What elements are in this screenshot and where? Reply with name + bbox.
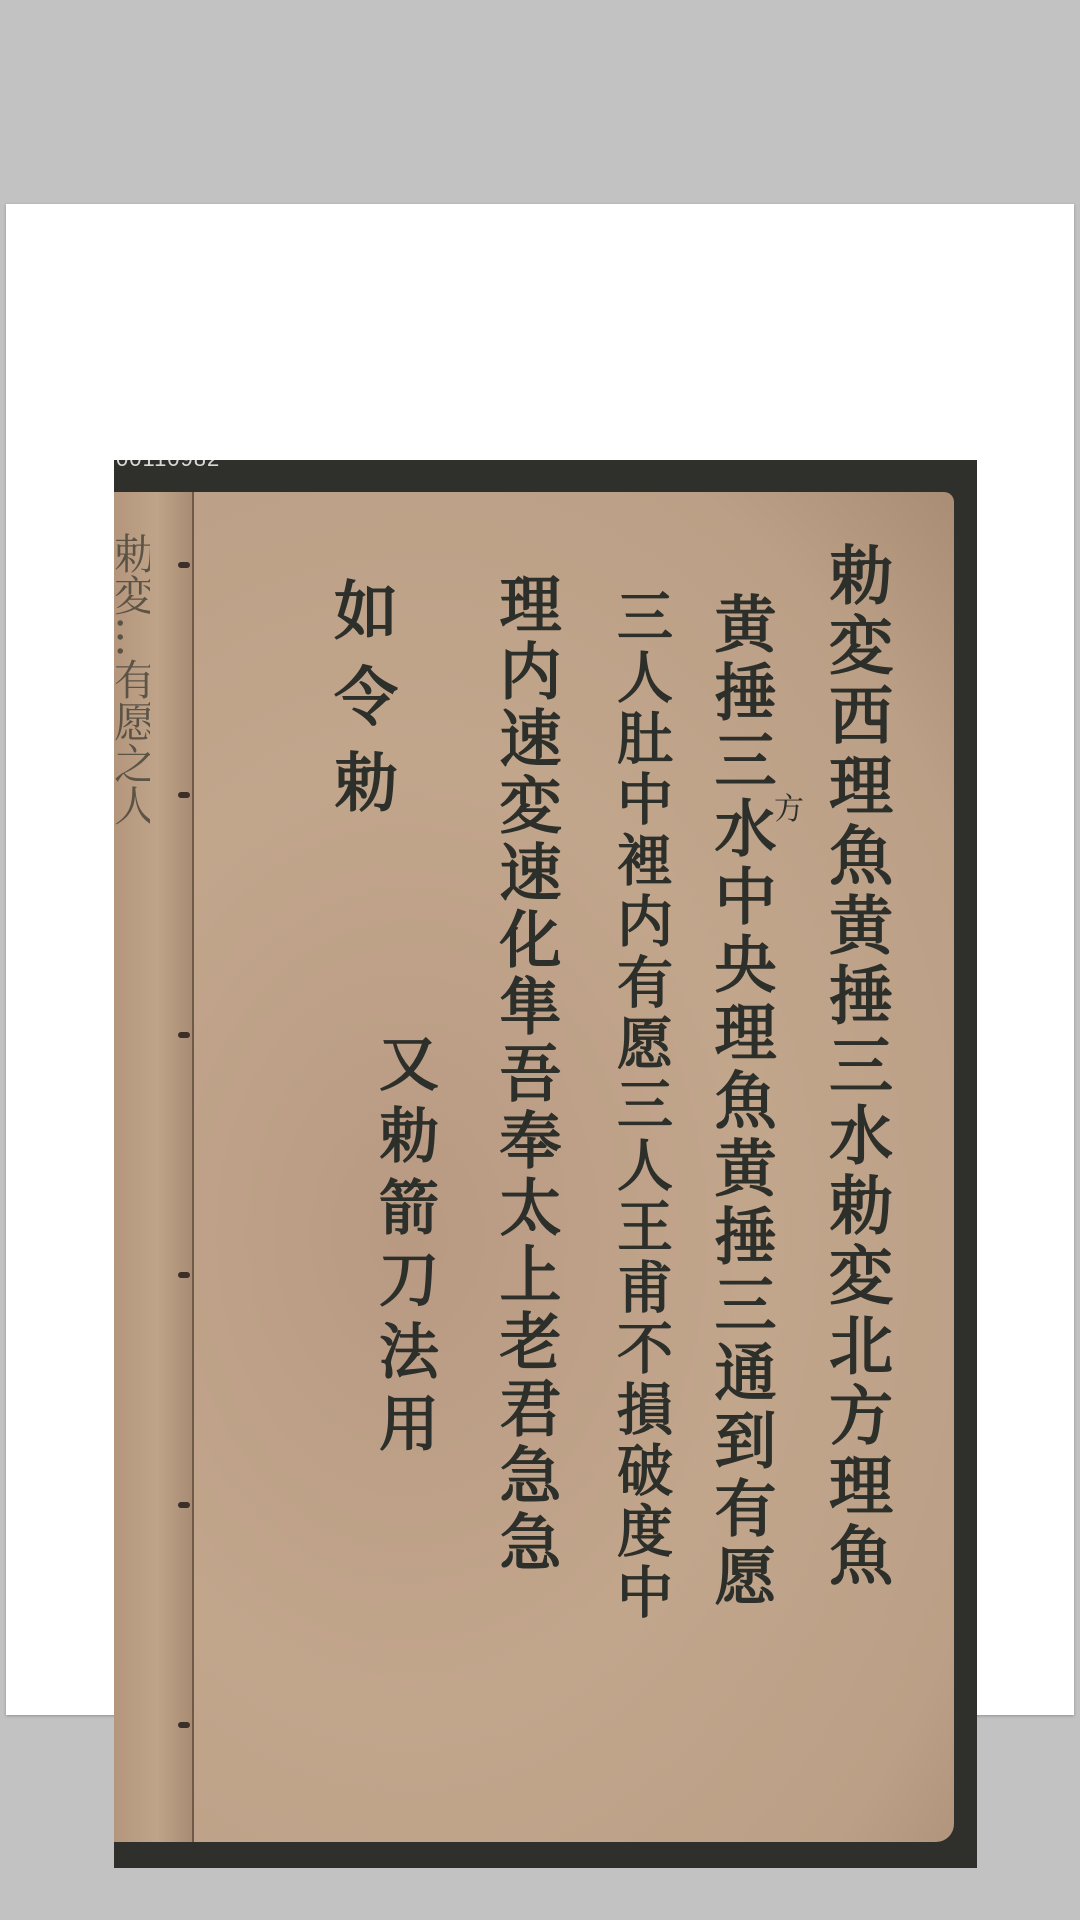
binding-stitch: [178, 792, 190, 798]
text-column-5: 如令勅: [324, 577, 396, 835]
binding-stitch: [178, 1032, 190, 1038]
binding-stitch: [178, 1272, 190, 1278]
previous-page-edge: 勅変…有愿之人: [114, 492, 194, 1842]
binding-stitch: [178, 1502, 190, 1508]
text-column-2: 黄捶三水中央理魚黄捶三通到有愿: [704, 592, 776, 1612]
binding-stitch: [178, 1722, 190, 1728]
scanned-page-image: 00110982 勅変…有愿之人 勅変西理魚黄捶三水勅変北方理魚 黄捶三水中央理…: [114, 460, 977, 1868]
text-column-3: 三人肚中裡内有愿三人王甫不損破度中: [609, 587, 673, 1624]
marginal-annotation: 方: [774, 784, 804, 828]
text-column-4: 理内速変速化隼吾奉太上老君急急: [489, 572, 561, 1577]
text-column-1: 勅変西理魚黄捶三水勅変北方理魚: [819, 542, 891, 1592]
binding-stitch: [178, 562, 190, 568]
manuscript-page: 勅変…有愿之人 勅変西理魚黄捶三水勅変北方理魚 黄捶三水中央理魚黄捶三通到有愿 …: [114, 492, 954, 1842]
text-column-6: 又勅箭刀法用: [369, 1032, 439, 1464]
scan-id-label: 00110982: [116, 460, 220, 472]
previous-page-edge-text: 勅変…有愿之人: [114, 532, 150, 1782]
viewer-panel: 00110982 勅変…有愿之人 勅変西理魚黄捶三水勅変北方理魚 黄捶三水中央理…: [6, 204, 1074, 1715]
